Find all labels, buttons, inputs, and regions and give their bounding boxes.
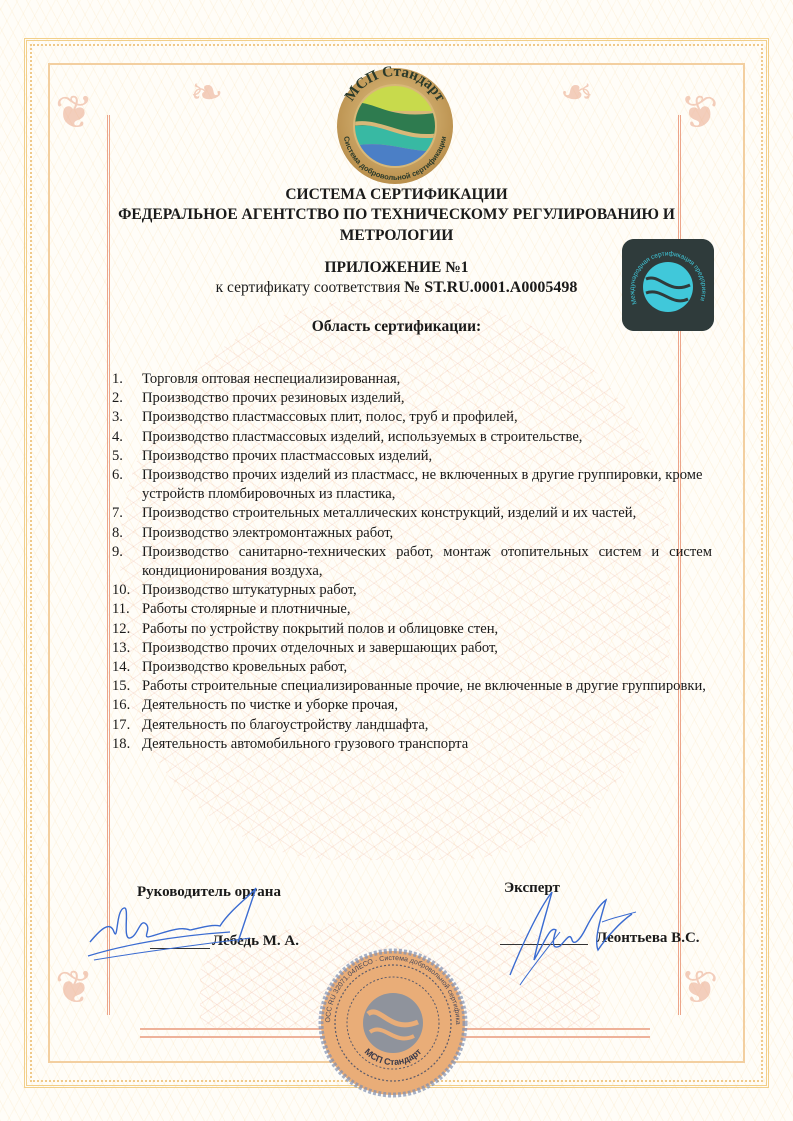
- certificate-prefix: к сертификату соответствия: [216, 279, 401, 296]
- list-item: 14.Производство кровельных работ,: [112, 658, 712, 677]
- list-item: 13.Производство прочих отделочных и заве…: [112, 639, 712, 658]
- head-signature-icon: [80, 880, 280, 970]
- item-number: 13.: [112, 639, 142, 658]
- item-number: 7.: [112, 504, 142, 523]
- expert-signature-icon: [490, 880, 640, 990]
- item-number: 12.: [112, 620, 142, 639]
- list-item: 2.Производство прочих резиновых изделий,: [112, 389, 712, 408]
- item-number: 18.: [112, 735, 142, 754]
- corner-flourish-icon: ❦: [55, 85, 94, 139]
- list-item: 18.Деятельность автомобильного грузового…: [112, 735, 712, 754]
- item-number: 10.: [112, 581, 142, 600]
- item-text: Производство пластмассовых плит, полос, …: [142, 408, 712, 427]
- list-item: 1.Торговля оптовая неспециализированная,: [112, 370, 712, 389]
- top-flourish-icon: ❧: [190, 70, 224, 116]
- item-number: 5.: [112, 447, 142, 466]
- list-item-continuation: устройств пломбировочных из пластика,: [112, 485, 712, 504]
- item-text: Деятельность по чистке и уборке прочая,: [142, 696, 712, 715]
- scope-title: Область сертификации:: [100, 318, 693, 336]
- corner-flourish-icon: ❦: [680, 85, 719, 139]
- list-item: 12.Работы по устройству покрытий полов и…: [112, 620, 712, 639]
- item-number: 16.: [112, 696, 142, 715]
- list-item: 10.Производство штукатурных работ,: [112, 581, 712, 600]
- list-item: 9.Производство санитарно-технических раб…: [112, 543, 712, 562]
- scope-list: 1.Торговля оптовая неспециализированная,…: [112, 370, 712, 754]
- item-number: 9.: [112, 543, 142, 562]
- list-item: 4.Производство пластмассовых изделий, ис…: [112, 428, 712, 447]
- appendix-title: ПРИЛОЖЕНИЕ №1: [100, 259, 693, 277]
- list-item: 8.Производство электромонтажных работ,: [112, 524, 712, 543]
- item-number: 14.: [112, 658, 142, 677]
- item-text: устройств пломбировочных из пластика,: [142, 485, 712, 504]
- item-text: Деятельность по благоустройству ландшафт…: [142, 716, 712, 735]
- item-number: 1.: [112, 370, 142, 389]
- item-text: Деятельность автомобильного грузового тр…: [142, 735, 712, 754]
- item-text: Производство строительных металлических …: [142, 504, 712, 523]
- item-number: 17.: [112, 716, 142, 735]
- item-number: 6.: [112, 466, 142, 485]
- item-number: 3.: [112, 408, 142, 427]
- list-item: 5.Производство прочих пластмассовых изде…: [112, 447, 712, 466]
- item-text: Работы по устройству покрытий полов и об…: [142, 620, 712, 639]
- item-text: Производство штукатурных работ,: [142, 581, 712, 600]
- certificate-number: № ST.RU.0001.А0005498: [404, 279, 577, 296]
- top-flourish-icon: ❧: [560, 70, 594, 116]
- corner-flourish-icon: ❦: [680, 960, 719, 1014]
- list-item: 16.Деятельность по чистке и уборке проча…: [112, 696, 712, 715]
- list-item: 11.Работы столярные и плотничные,: [112, 600, 712, 619]
- certificate-reference: к сертификату соответствия № ST.RU.0001.…: [100, 279, 693, 297]
- item-number: 8.: [112, 524, 142, 543]
- item-text: Производство кровельных работ,: [142, 658, 712, 677]
- item-text: Производство электромонтажных работ,: [142, 524, 712, 543]
- item-number: 2.: [112, 389, 142, 408]
- item-text: Производство санитарно-технических работ…: [142, 543, 712, 562]
- item-number: 15.: [112, 677, 142, 696]
- item-text: Производство прочих отделочных и заверша…: [142, 639, 712, 658]
- item-text: Производство прочих резиновых изделий,: [142, 389, 712, 408]
- msp-standard-logo-icon: МСП Стандарт Система добровольной сертиф…: [325, 66, 465, 186]
- header-metrology: МЕТРОЛОГИИ: [100, 226, 693, 246]
- item-text: Производство прочих пластмассовых издели…: [142, 447, 712, 466]
- official-stamp-icon: № РОСС RU 32071.04ЛЕСО · Система доброво…: [318, 948, 468, 1098]
- item-text: Работы строительные специализированные п…: [142, 677, 712, 696]
- list-item-continuation: кондиционирования воздуха,: [112, 562, 712, 581]
- header-agency: ФЕДЕРАЛЬНОЕ АГЕНТСТВО ПО ТЕХНИЧЕСКОМУ РЕ…: [100, 205, 693, 225]
- header-system: СИСТЕМА СЕРТИФИКАЦИИ: [100, 185, 693, 205]
- list-item: 6.Производство прочих изделий из пластма…: [112, 466, 712, 485]
- item-number: 11.: [112, 600, 142, 619]
- item-number: 4.: [112, 428, 142, 447]
- item-text: Производство пластмассовых изделий, испо…: [142, 428, 712, 447]
- list-item: 7.Производство строительных металлически…: [112, 504, 712, 523]
- list-item: 3.Производство пластмассовых плит, полос…: [112, 408, 712, 427]
- item-text: Работы столярные и плотничные,: [142, 600, 712, 619]
- list-item: 17.Деятельность по благоустройству ландш…: [112, 716, 712, 735]
- item-text: кондиционирования воздуха,: [142, 562, 712, 581]
- list-item: 15.Работы строительные специализированны…: [112, 677, 712, 696]
- item-text: Производство прочих изделий из пластмасс…: [142, 466, 712, 485]
- item-text: Торговля оптовая неспециализированная,: [142, 370, 712, 389]
